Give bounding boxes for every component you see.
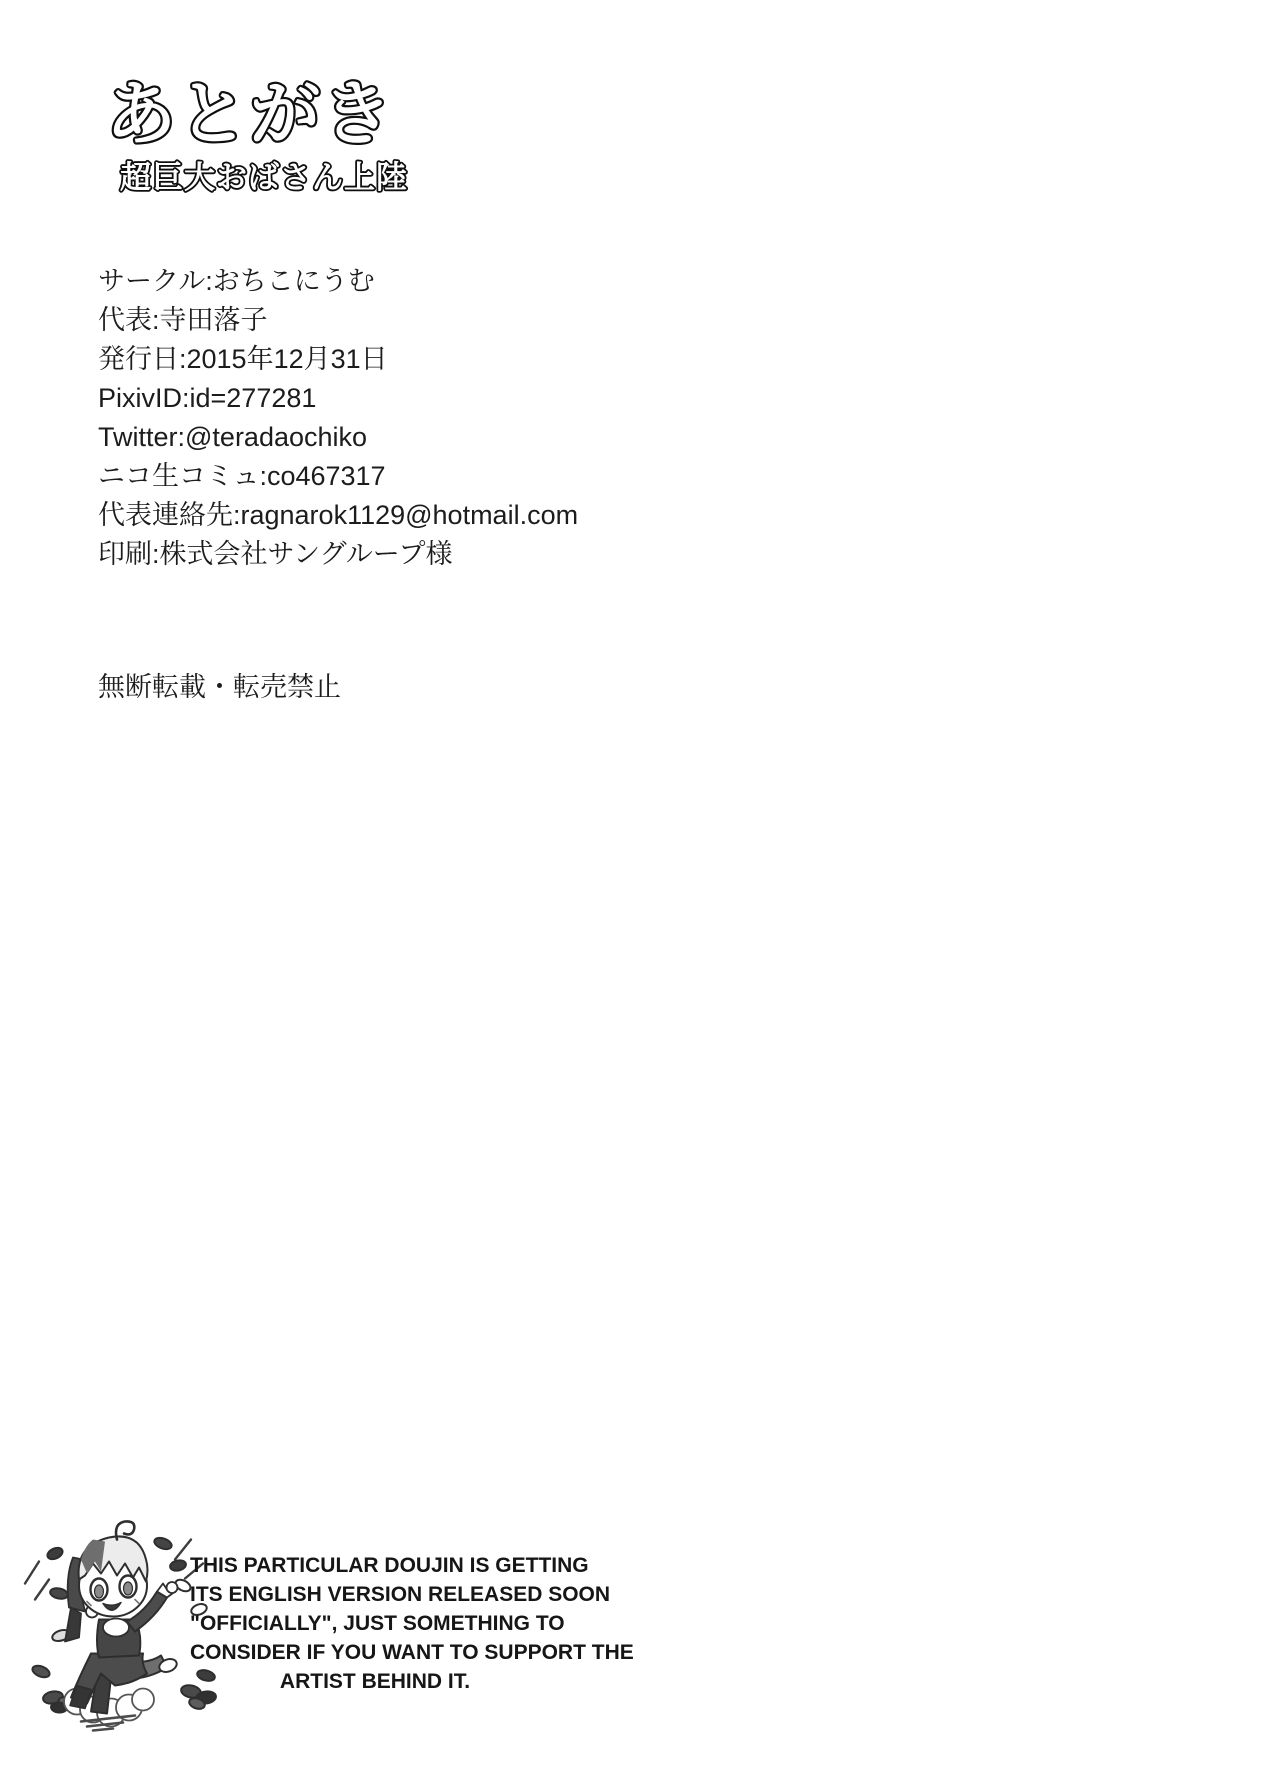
reprint-notice: 無断転載・転売禁止 <box>98 665 341 704</box>
colophon-line-author: 代表:寺田落子 <box>98 301 578 340</box>
colophon-line-printer: 印刷:株式会社サングループ様 <box>98 535 578 574</box>
chest-icon <box>103 1619 129 1637</box>
colophon-line-circle: サークル:おちこにうむ <box>98 262 578 301</box>
english-note-block: THIS PARTICULAR DOUJIN IS GETTING ITS EN… <box>190 1551 560 1696</box>
colophon-block: サークル:おちこにうむ 代表:寺田落子 発行日:2015年12月31日 Pixi… <box>98 262 578 574</box>
colophon-line-pixiv: PixivID:id=277281 <box>98 379 578 418</box>
english-note-line: ARTIST BEHIND IT. <box>190 1667 560 1696</box>
colophon-line-date: 発行日:2015年12月31日 <box>98 340 578 379</box>
colophon-line-nico: ニコ生コミュ:co467317 <box>98 457 578 496</box>
english-note-line: ITS ENGLISH VERSION RELEASED SOON <box>190 1580 560 1609</box>
english-note-line: THIS PARTICULAR DOUJIN IS GETTING <box>190 1551 560 1580</box>
colophon-line-twitter: Twitter:@teradaochiko <box>98 418 578 457</box>
english-note-line: "OFFICIALLY", JUST SOMETHING TO <box>190 1609 560 1638</box>
page-title: あとがき <box>106 75 394 153</box>
hand-icon <box>167 1582 178 1593</box>
title-block: あとがき 超巨大おばさん上陸 <box>92 68 652 203</box>
afterword-page: あとがき 超巨大おばさん上陸 サークル:おちこにうむ 代表:寺田落子 発行日:2… <box>0 0 1280 1785</box>
english-note-line: CONSIDER IF YOU WANT TO SUPPORT THE <box>190 1638 560 1667</box>
page-subtitle: 超巨大おばさん上陸 <box>120 160 408 195</box>
colophon-line-contact: 代表連絡先:ragnarok1129@hotmail.com <box>98 496 578 535</box>
